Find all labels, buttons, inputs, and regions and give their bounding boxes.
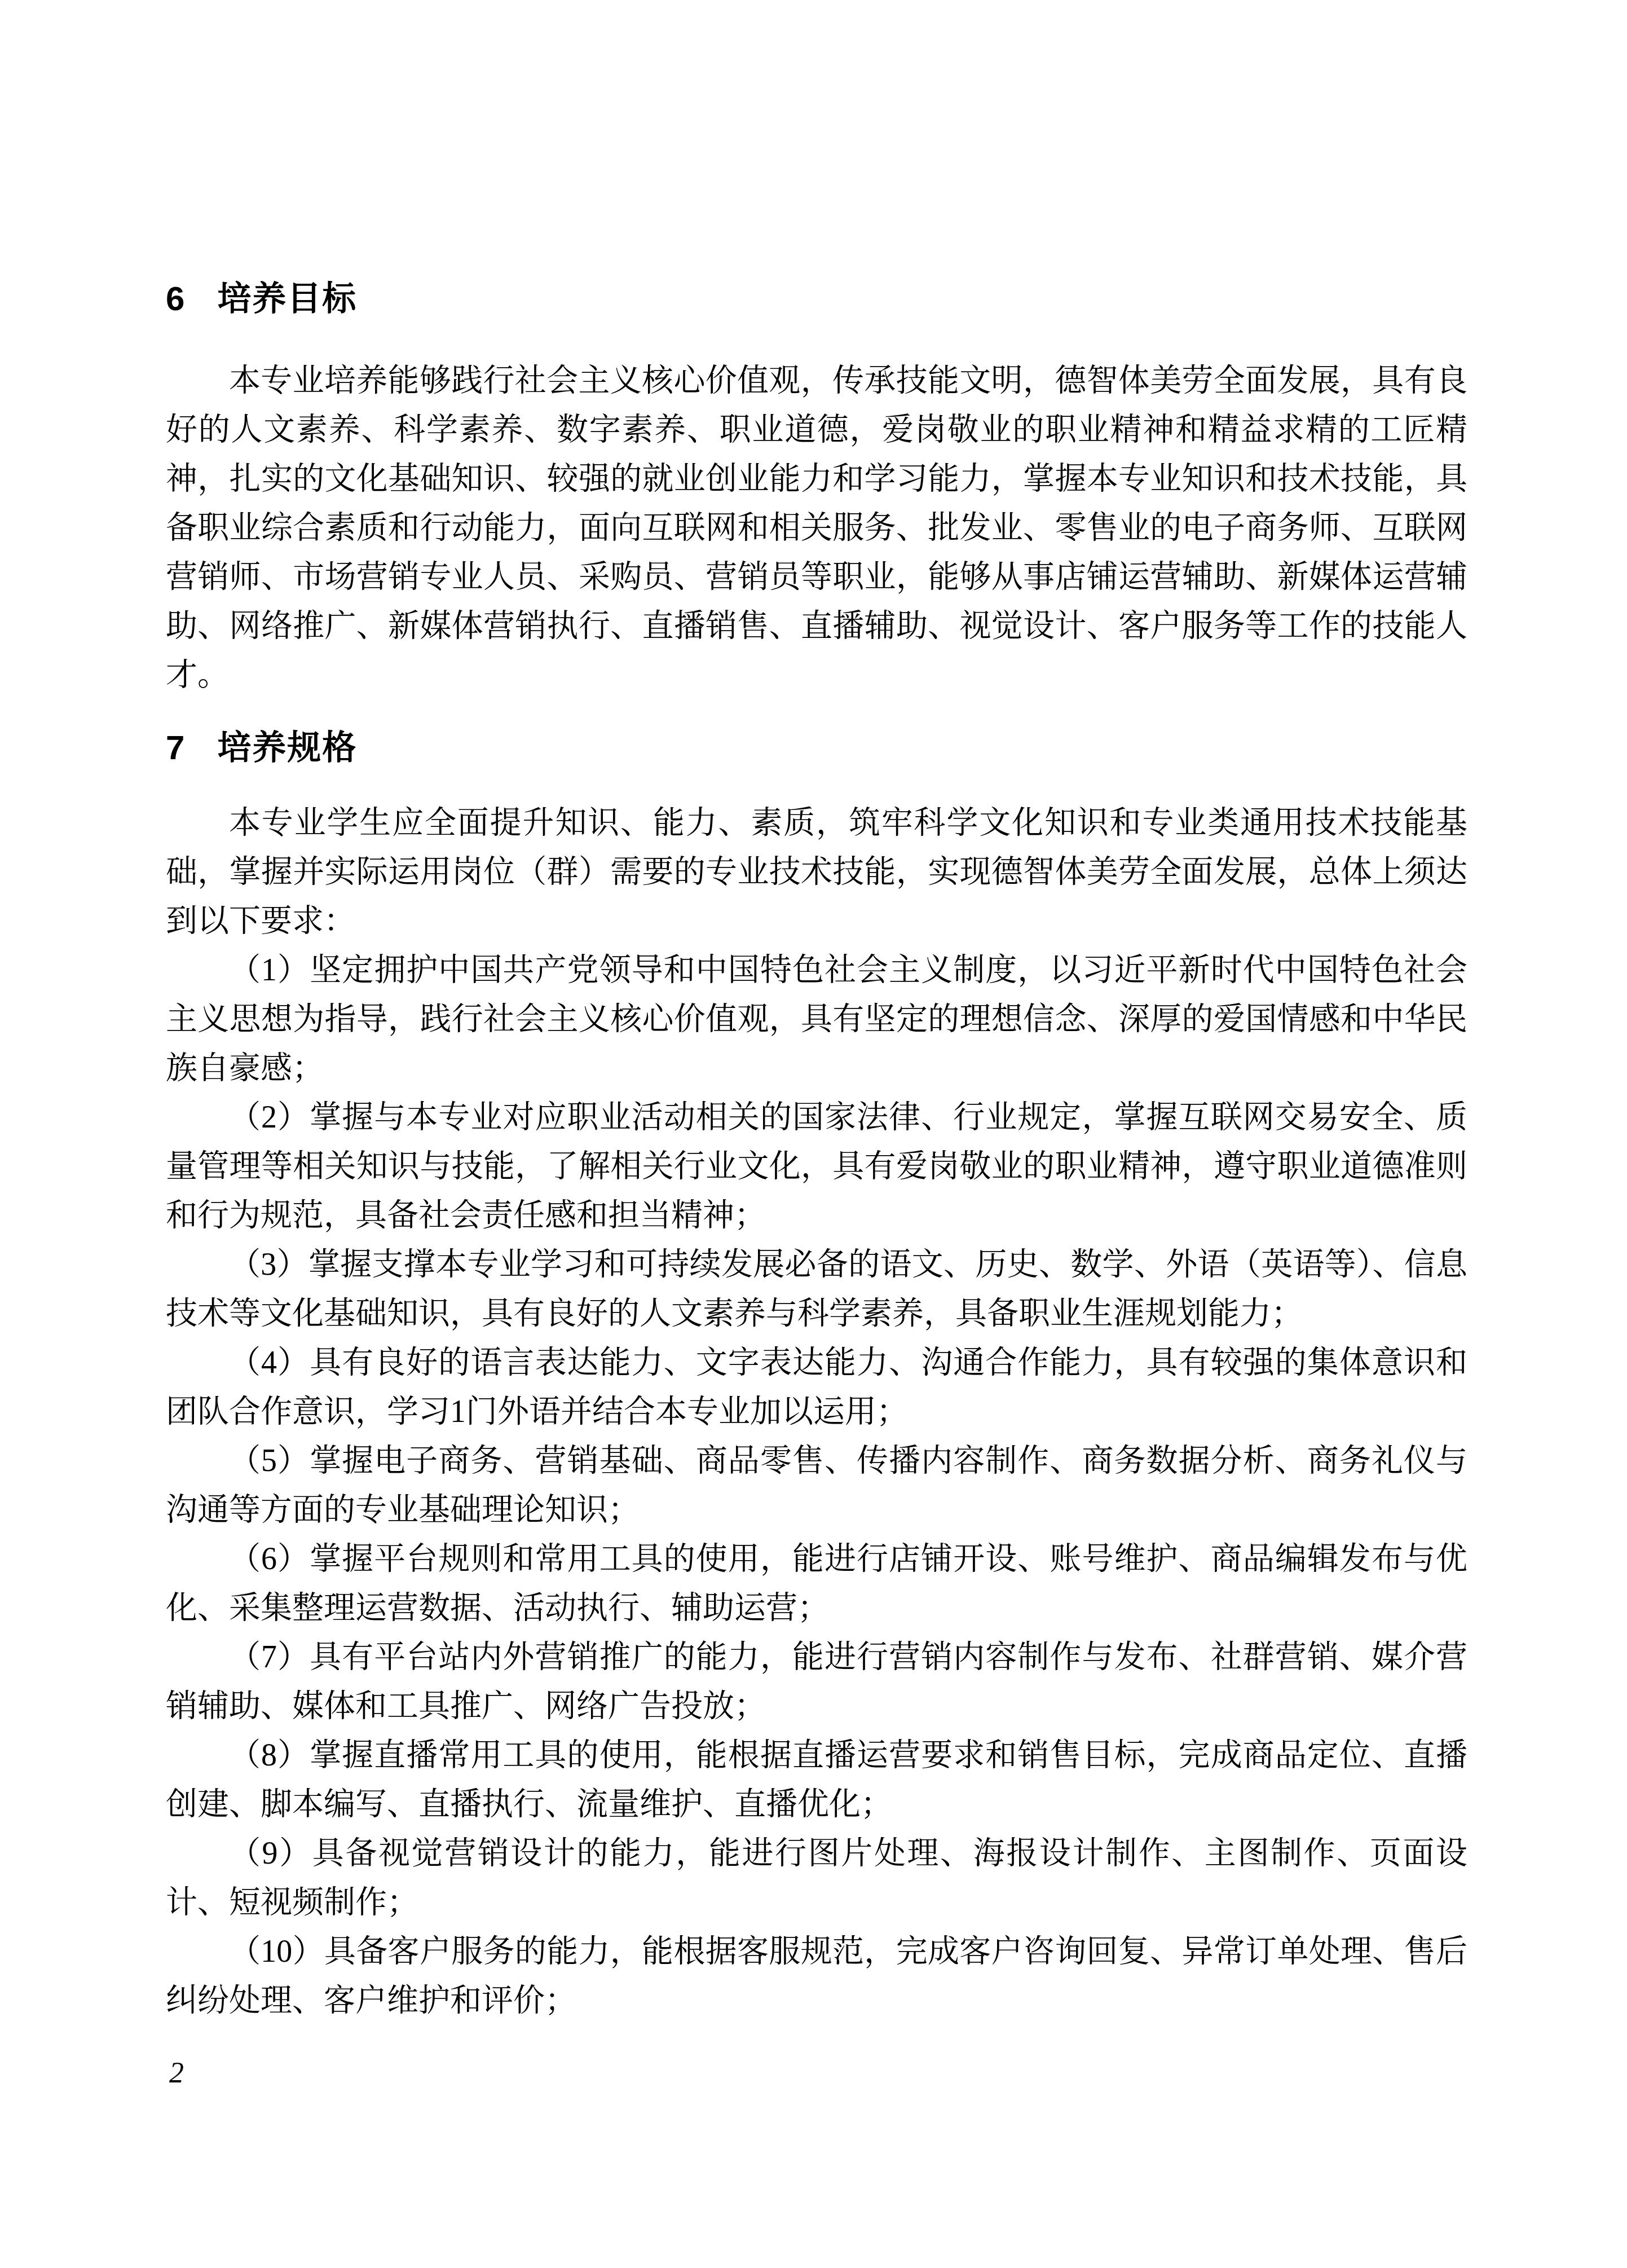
section-7-intro-paragraph: 本专业学生应全面提升知识、能力、素质，筑牢科学文化知识和专业类通用技术技能基础，… <box>166 799 1467 946</box>
requirement-item-7: （7）具有平台站内外营销推广的能力，能进行营销内容制作与发布、社群营销、媒介营销… <box>166 1633 1467 1731</box>
requirement-item-5: （5）掌握电子商务、营销基础、商品零售、传播内容制作、商务数据分析、商务礼仪与沟… <box>166 1437 1467 1535</box>
section-6-title: 培养目标 <box>217 280 357 318</box>
requirement-item-9: （9）具备视觉营销设计的能力，能进行图片处理、海报设计制作、主图制作、页面设计、… <box>166 1829 1467 1927</box>
requirement-item-2: （2）掌握与本专业对应职业活动相关的国家法律、行业规定，掌握互联网交易安全、质量… <box>166 1093 1467 1240</box>
section-7-number: 7 <box>166 731 186 765</box>
requirement-item-10: （10）具备客户服务的能力，能根据客服规范，完成客户咨询回复、异常订单处理、售后… <box>166 1927 1467 2025</box>
section-7-heading: 7培养规格 <box>166 731 1467 765</box>
section-6-number: 6 <box>166 282 186 316</box>
requirement-item-4: （4）具有良好的语言表达能力、文字表达能力、沟通合作能力，具有较强的集体意识和团… <box>166 1338 1467 1437</box>
section-7-title: 培养规格 <box>217 729 357 767</box>
requirement-item-3: （3）掌握支撑本专业学习和可持续发展必备的语文、历史、数学、外语（英语等）、信息… <box>166 1240 1467 1338</box>
requirement-item-1: （1）坚定拥护中国共产党领导和中国特色社会主义制度，以习近平新时代中国特色社会主… <box>166 946 1467 1093</box>
document-content: 6培养目标 本专业培养能够践行社会主义核心价值观，传承技能文明，德智体美劳全面发… <box>166 0 1467 2025</box>
section-6-paragraph: 本专业培养能够践行社会主义核心价值观，传承技能文明，德智体美劳全面发展，具有良好… <box>166 356 1467 700</box>
section-6-heading: 6培养目标 <box>166 282 1467 316</box>
requirement-item-8: （8）掌握直播常用工具的使用，能根据直播运营要求和销售目标，完成商品定位、直播创… <box>166 1731 1467 1829</box>
document-page: 6培养目标 本专业培养能够践行社会主义核心价值观，传承技能文明，德智体美劳全面发… <box>0 0 1627 2268</box>
requirement-item-6: （6）掌握平台规则和常用工具的使用，能进行店铺开设、账号维护、商品编辑发布与优化… <box>166 1535 1467 1633</box>
page-number: 2 <box>169 2059 184 2088</box>
